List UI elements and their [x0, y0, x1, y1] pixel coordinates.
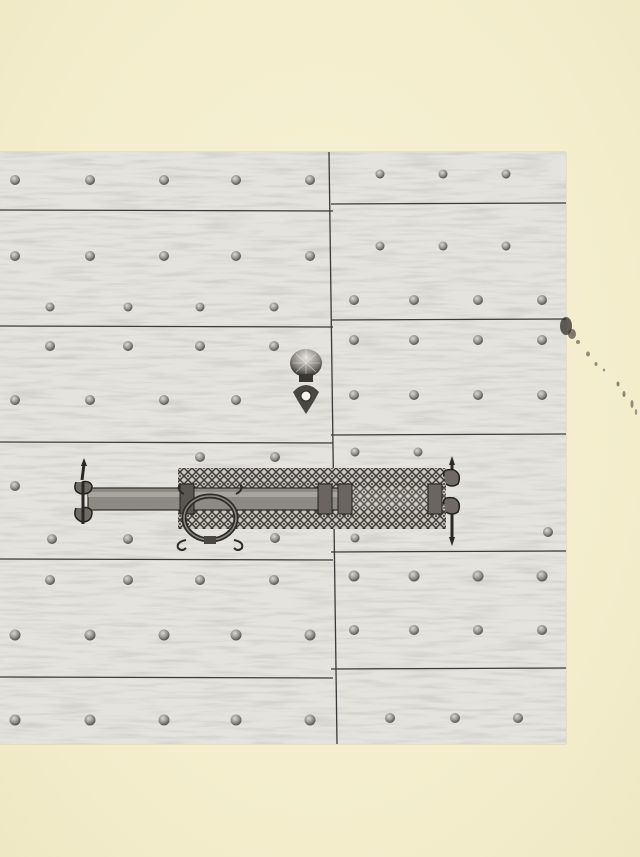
door-photograph [0, 152, 566, 744]
door-panels [0, 152, 566, 744]
ink-smudge [558, 308, 640, 418]
